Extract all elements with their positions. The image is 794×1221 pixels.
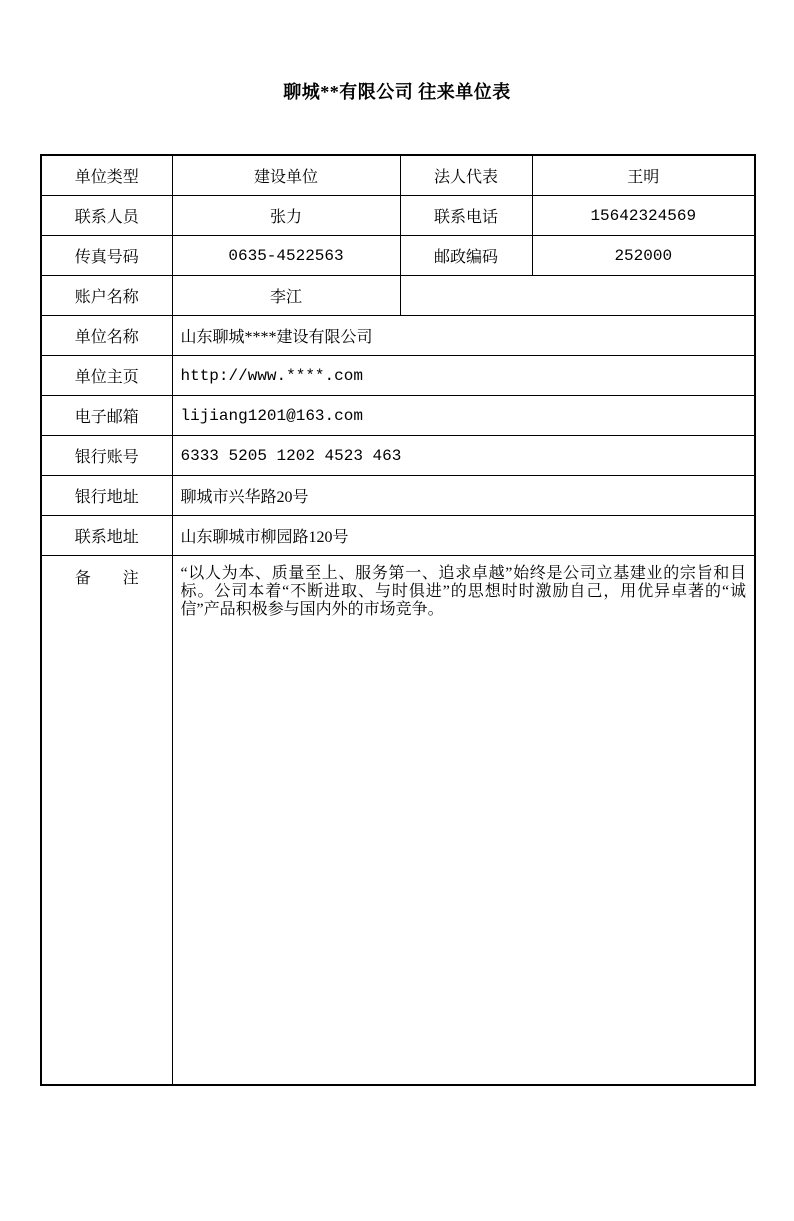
label-cell: 邮政编码 [400, 236, 532, 276]
label-cell: 单位类型 [41, 155, 172, 196]
value-cell: 王明 [532, 155, 755, 196]
value-cell: 山东聊城****建设有限公司 [172, 316, 755, 356]
label-cell: 账户名称 [41, 276, 172, 316]
table-row: 单位名称 山东聊城****建设有限公司 [41, 316, 755, 356]
contact-info-table: 单位类型 建设单位 法人代表 王明 联系人员 张力 联系电话 156423245… [40, 154, 756, 1086]
label-cell: 银行账号 [41, 436, 172, 476]
label-cell: 联系电话 [400, 196, 532, 236]
value-cell: 252000 [532, 236, 755, 276]
remark-text: “以人为本、质量至上、服务第一、追求卓越”始终是公司立基建业的宗旨和目标。公司本… [172, 556, 755, 1086]
value-cell: lijiang1201@163.com [172, 396, 755, 436]
label-cell: 电子邮箱 [41, 396, 172, 436]
label-cell: 备 注 [41, 556, 172, 1086]
value-cell: 张力 [172, 196, 400, 236]
table-row: 单位主页 http://www.****.com [41, 356, 755, 396]
value-cell: 聊城市兴华路20号 [172, 476, 755, 516]
value-cell: 0635-4522563 [172, 236, 400, 276]
page-title: 聊城**有限公司 往来单位表 [0, 78, 794, 104]
table-row: 银行账号 6333 5205 1202 4523 463 [41, 436, 755, 476]
table-row: 联系人员 张力 联系电话 15642324569 [41, 196, 755, 236]
table-row: 传真号码 0635-4522563 邮政编码 252000 [41, 236, 755, 276]
table-row: 银行地址 聊城市兴华路20号 [41, 476, 755, 516]
table-row-remark: 备 注 “以人为本、质量至上、服务第一、追求卓越”始终是公司立基建业的宗旨和目标… [41, 556, 755, 1086]
value-cell: 山东聊城市柳园路120号 [172, 516, 755, 556]
label-cell: 联系地址 [41, 516, 172, 556]
value-cell: http://www.****.com [172, 356, 755, 396]
value-cell: 15642324569 [532, 196, 755, 236]
label-cell: 银行地址 [41, 476, 172, 516]
table-row: 单位类型 建设单位 法人代表 王明 [41, 155, 755, 196]
table-row: 电子邮箱 lijiang1201@163.com [41, 396, 755, 436]
value-cell: 建设单位 [172, 155, 400, 196]
label-cell: 法人代表 [400, 155, 532, 196]
label-cell: 单位名称 [41, 316, 172, 356]
table-row: 账户名称 李江 [41, 276, 755, 316]
empty-cell [400, 276, 755, 316]
table-row: 联系地址 山东聊城市柳园路120号 [41, 516, 755, 556]
label-cell: 联系人员 [41, 196, 172, 236]
value-cell: 6333 5205 1202 4523 463 [172, 436, 755, 476]
label-cell: 单位主页 [41, 356, 172, 396]
value-cell: 李江 [172, 276, 400, 316]
label-cell: 传真号码 [41, 236, 172, 276]
